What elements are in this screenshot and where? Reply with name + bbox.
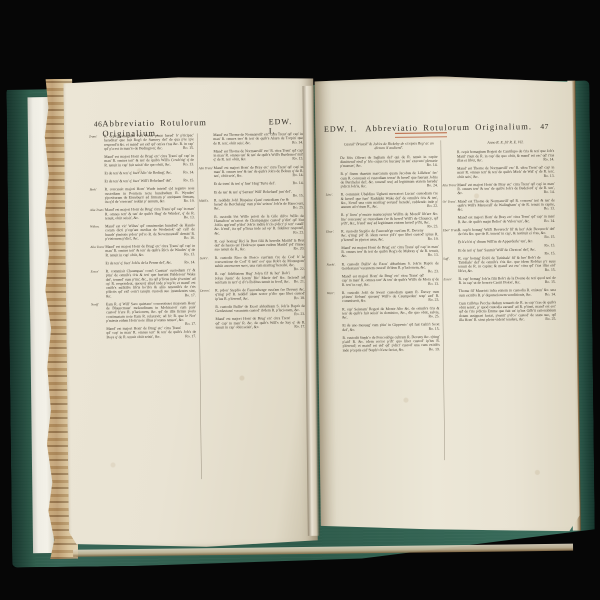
entry-paragraph: Mand' est majori Hom' de Brug' etc' citr…	[106, 326, 196, 339]
running-title-right: Abbreviatio Rotulorum Originalium.	[365, 121, 532, 133]
roll-reference: Ro. 19.	[424, 237, 439, 241]
roll-reference: Ro. 13.	[180, 252, 195, 256]
roll-reference: Ro. 23.	[289, 230, 304, 234]
entry-paragraph: Mand' est Thome de Normanvill' etc' citr…	[213, 132, 303, 145]
roll-reference: Ro. 15.	[541, 280, 556, 284]
entry-paragraph: Alia Trans'.Mand' est majori Hom' de Bra…	[457, 182, 554, 196]
roll-reference: Ro. 14.	[540, 190, 555, 194]
entry-paragraph: Et de trem' & ten' q' fuer' Hug' Turte d…	[214, 181, 304, 186]
margin-county-label: Alia Trans'.	[442, 183, 457, 187]
roll-reference: Ro. 23.	[424, 298, 439, 302]
entry-paragraph: Linc'.R. commisit Ubaldino Ughetti merca…	[341, 191, 438, 209]
entry-paragraph: Norff'Eam R. q' Will' Saro quietanc' con…	[106, 301, 196, 323]
roll-reference: Ro. 13.	[540, 174, 555, 178]
running-head-right: EDW. I. Abbreviatio Rotulorum Originaliu…	[324, 121, 549, 134]
roll-reference: Ro. 25.	[424, 314, 439, 318]
entry-text: Et de ten' & ten' q' Sarrant' Will' Boke…	[214, 189, 292, 194]
entry-paragraph: Norht'.R. custodit Balliv' de Exon' abba…	[342, 261, 439, 270]
text-column: Trans'R. cepit homagium Pet'i Picot p'mi…	[88, 133, 201, 480]
entry-paragraph: Suff'.R. cep' homag' Rob'i de Tatishale'…	[458, 255, 555, 273]
roll-reference: Ro. 15.	[179, 178, 194, 182]
entry-text: R. custodit Balliv' de Exon' abbathiam S…	[342, 261, 439, 271]
roll-reference: Ro. 13.	[424, 282, 439, 286]
entry-paragraph: Berk'R. concessit majori Hom' Wude inten…	[105, 186, 195, 204]
roll-reference: Ro. 15.	[425, 327, 440, 331]
entry-paragraph: R. p' finem duarum marcarum quam Jacobus…	[340, 171, 437, 189]
margin-county-label: Essex'.	[443, 278, 452, 282]
entry-paragraph: Or' Trans'.Mand' est Thome de Normanvill…	[458, 198, 555, 212]
margin-county-label: Linc'.	[326, 193, 333, 197]
margin-county-label: Berk'	[90, 188, 97, 192]
roll-reference: Ro. 19.	[425, 347, 440, 351]
rust-underline-mark	[395, 132, 447, 138]
entry-text: R. custodit Rico de Bosco cust'iam t're …	[215, 254, 305, 268]
entry-paragraph: Devon'.R. p'don' Steph'o de Fauconberge …	[215, 287, 305, 300]
roll-reference: Ro. 13.	[179, 162, 194, 166]
roll-reference: Ro. 14.	[289, 181, 304, 185]
roll-reference: Ro. 24.	[423, 183, 438, 187]
entry-text: R. p' licen' p'osuare manucep'unt Will'm…	[341, 211, 438, 225]
margin-county-label: Alia Trans'	[90, 245, 104, 249]
entry-paragraph: Wilton.Mand' est vic' Wiltes' qd' omnimo…	[105, 223, 195, 241]
margin-county-label: Alia Trans'	[199, 166, 213, 170]
entry-paragraph: Cum Gilb'tus Pecche dudum tenuerit de R.…	[459, 300, 556, 322]
column-heading: Anno R. E. fil' R. E. VII.	[458, 140, 553, 145]
roll-reference: Ro. 15.	[179, 146, 194, 150]
entry-text: Et de ten' q' fuer' Joh'is de la Penne d…	[106, 260, 173, 265]
photo-background: 46 Abbreviatio Rotulorum Originalium. ED…	[0, 0, 600, 600]
roll-reference: Ro. 13.	[288, 157, 303, 161]
entry-paragraph: Trans'R. cepit homagium Pet'i Picot p'mi…	[104, 133, 194, 151]
page-left: 46 Abbreviatio Rotulorum Originalium. ED…	[63, 74, 319, 551]
roll-reference: Ro. 13.	[180, 215, 195, 219]
roll-reference: Ro. 14.	[539, 157, 554, 161]
entry-paragraph: Alia Trans'Mand' est majori Hom' de Brug…	[105, 207, 195, 220]
entry-paragraph: Mand' est Thome de Normanvill' esc' R. u…	[457, 165, 554, 179]
roll-reference: Ro. 13.	[424, 253, 439, 257]
roll-reference: Ro. 22.	[423, 204, 438, 208]
margin-county-label: Devon'.	[200, 289, 210, 293]
text-column: Castell' Bristoll' & Joh'es de Rickeby d…	[324, 140, 444, 461]
entry-text: Et de trem' & ten' q' fuer' Hug' Turte d…	[214, 181, 276, 186]
entry-paragraph: Et de ten' & ten' q' fuer' Will'i Bokela…	[105, 178, 195, 183]
entry-text: R. cep'it homag' Will'i Beverech' fil' &…	[458, 226, 555, 236]
entry-text: Et de ten' q' fuer' Sanmit' Will' de Chr…	[458, 247, 536, 252]
entry-paragraph: Mand' est majori Hom' de Brug' etc' citr…	[215, 316, 305, 329]
entry-paragraph: Alia Trans'Mand' est majori Hom' de Bray…	[214, 165, 304, 178]
entry-paragraph: Et de ten' q' fuer' Sanmit' Will' de Chr…	[458, 247, 555, 252]
roll-reference: Ro. 18.	[290, 296, 305, 300]
entry-paragraph: R. p' licen' p'osuare manucep'unt Will'm…	[341, 212, 438, 226]
roll-reference: Ro. 14.	[541, 292, 556, 296]
roll-reference: Ro. 25.	[541, 317, 556, 321]
entry-paragraph: Et de ten' & ten' q' fuer' Alic' de Redi…	[104, 170, 194, 175]
margin-county-label: Suff'.	[443, 257, 450, 261]
entry-text: R. custodit Balliv' de Exon' abbathiam S…	[215, 303, 305, 313]
entry-text: Eam R. q' Will' Saro quietanc' concessis…	[106, 301, 196, 323]
margin-county-label: Norff'	[91, 303, 99, 307]
entry-paragraph: Mand' est majori Hom' de Bray etc' citra…	[458, 215, 555, 224]
roll-reference: Ro. 13.	[540, 206, 555, 210]
roll-reference: Ro. 14.	[180, 260, 195, 264]
roll-reference: Ro. 16.	[180, 236, 195, 240]
roll-reference: Ro. 14.	[540, 219, 555, 223]
entry-paragraph: Et de uno mesuag' cum p'tin' in Gippewic…	[342, 322, 439, 331]
entry-paragraph: Et de ten' q' fuer' Joh'is de la Penne d…	[106, 260, 196, 265]
entry-paragraph: R. cep' homag' Rici la Bret filii & here…	[215, 238, 305, 251]
roll-reference: Ro. 17.	[181, 334, 196, 338]
entry-paragraph: Mand' est majori Hom' de Brug' etc' citr…	[104, 154, 194, 167]
regnal-head-right: EDW. I.	[324, 124, 357, 133]
roll-reference: Ro. 15.	[541, 268, 556, 272]
margin-county-label: Or' Trans'.	[443, 200, 457, 204]
entry-paragraph: Mand' est majori Hom' de Brug' etc' citr…	[341, 245, 438, 259]
roll-reference: Ro. 14.	[288, 140, 303, 144]
roll-reference: Ro. 17.	[181, 293, 196, 297]
entry-paragraph: R. custodit Steph'o de Fonconb'ge cultra…	[342, 335, 439, 353]
running-title-right-text: Abbreviatio Rotulorum Originalium.	[365, 121, 532, 133]
entry-paragraph: Essex'.R. cep' homag' Joh'is filii Rob'i…	[458, 276, 555, 285]
entry-paragraph: R. custodit b'ri Willo priori de la Gile…	[214, 214, 304, 236]
entry-paragraph: Sum's'.R. custodit Rico de Bosco cust'ia…	[215, 255, 305, 268]
entry-paragraph: Thome fil' Mauricii infra etatem in cust…	[459, 288, 556, 297]
column-heading: Castell' Bristoll' & Joh'es de Rickeby d…	[341, 141, 436, 150]
entry-paragraph: Essex'R. commisit Chaumpan' com'i Cantua…	[106, 268, 196, 298]
margin-county-label: Ebor' Trans'.	[443, 228, 460, 232]
entry-paragraph: R. cep' Seisnam' Rogeri de Monte Alto &c…	[342, 306, 439, 320]
text-column: Mand' est Thome de Normanvill' etc' citr…	[197, 132, 310, 479]
margin-county-label: Wilton.	[90, 225, 99, 229]
roll-reference: Ro. 14.	[423, 163, 438, 167]
entry-text: Et h'e b'ri q' d'num Will'm de Apperderl…	[458, 239, 533, 244]
margin-county-label: Essex'	[91, 270, 99, 274]
roll-reference: Ro. 25.	[289, 206, 304, 210]
entry-paragraph: Midd'x.R. reddidit Joh'i Bispaine s'jant…	[214, 197, 304, 210]
entry-text: Et de ten' & ten' q' fuer' Alic' de Redi…	[104, 170, 171, 175]
text-block-right: Castell' Bristoll' & Joh'es de Rickeby d…	[324, 139, 561, 462]
page-number-right: 47	[540, 122, 549, 131]
entry-paragraph: Ebor'.R. custodit Steph'o de Fauconb'ge …	[341, 228, 438, 242]
entry-paragraph: Mand' est majori Hom' de Brug' etc' citr…	[342, 273, 439, 287]
page-right: EDW. I. Abbreviatio Rotulorum Originaliu…	[313, 75, 580, 540]
entry-paragraph: Warr'.R. custodit Joh'i de Swen' custodi…	[342, 290, 439, 304]
entry-paragraph: Alia Trans'Mand' est majori Hom' de Brug…	[105, 244, 195, 257]
text-column: Anno R. E. fil' R. E. VII.R. cepit homag…	[440, 139, 561, 460]
roll-reference: Ro. 20.	[289, 247, 304, 251]
entry-text: Et de ten' & ten' q' fuer' Will'i Bokela…	[105, 178, 173, 183]
roll-reference: Ro. 14.	[179, 170, 194, 174]
entry-paragraph: R. custodit Balliv' de Exon' abbathiam S…	[215, 304, 305, 313]
roll-reference: Ro. 14.	[289, 173, 304, 177]
entry-paragraph: Mand' est Thome de Normanvill' esc' R. c…	[213, 148, 303, 161]
entry-paragraph: De h'tis Oliveri de Ingham def' qui de R…	[340, 155, 437, 169]
roll-reference: Ro. 21.	[290, 279, 305, 283]
margin-county-label: Ebor'.	[326, 230, 334, 234]
page-number-left: 46	[94, 119, 103, 128]
margin-county-label: Midd'x.	[199, 199, 209, 203]
roll-reference: Ro. 17.	[290, 324, 305, 328]
entry-paragraph: Et h'e b'ri q' d'num Will'm de Apperderl…	[458, 239, 555, 244]
entry-paragraph: Ebor' Trans'.R. cep'it homag' Will'i Bev…	[458, 227, 555, 236]
margin-county-label: Sum's'.	[200, 256, 209, 260]
entry-paragraph: R. cep' fidelitatem Hug' Jolyn fil' & he…	[215, 271, 305, 284]
open-book: 46 Abbreviatio Rotulorum Originalium. ED…	[0, 0, 600, 600]
margin-county-label: Warr'.	[327, 291, 335, 295]
margin-county-label: Alia Trans'	[90, 209, 104, 213]
margin-county-label: Trans'	[89, 135, 97, 139]
margin-county-label: Norht'.	[327, 263, 336, 267]
text-block-left: Trans'R. cepit homagium Pet'i Picot p'mi…	[88, 132, 310, 481]
entry-paragraph: Et de ten' & ten' q' Sarrant' Will' Boke…	[214, 189, 304, 194]
entry-paragraph: R. cepit homagium Rogeri de Cantilupo de…	[457, 149, 554, 163]
roll-reference: Ro. 19.	[180, 199, 195, 203]
